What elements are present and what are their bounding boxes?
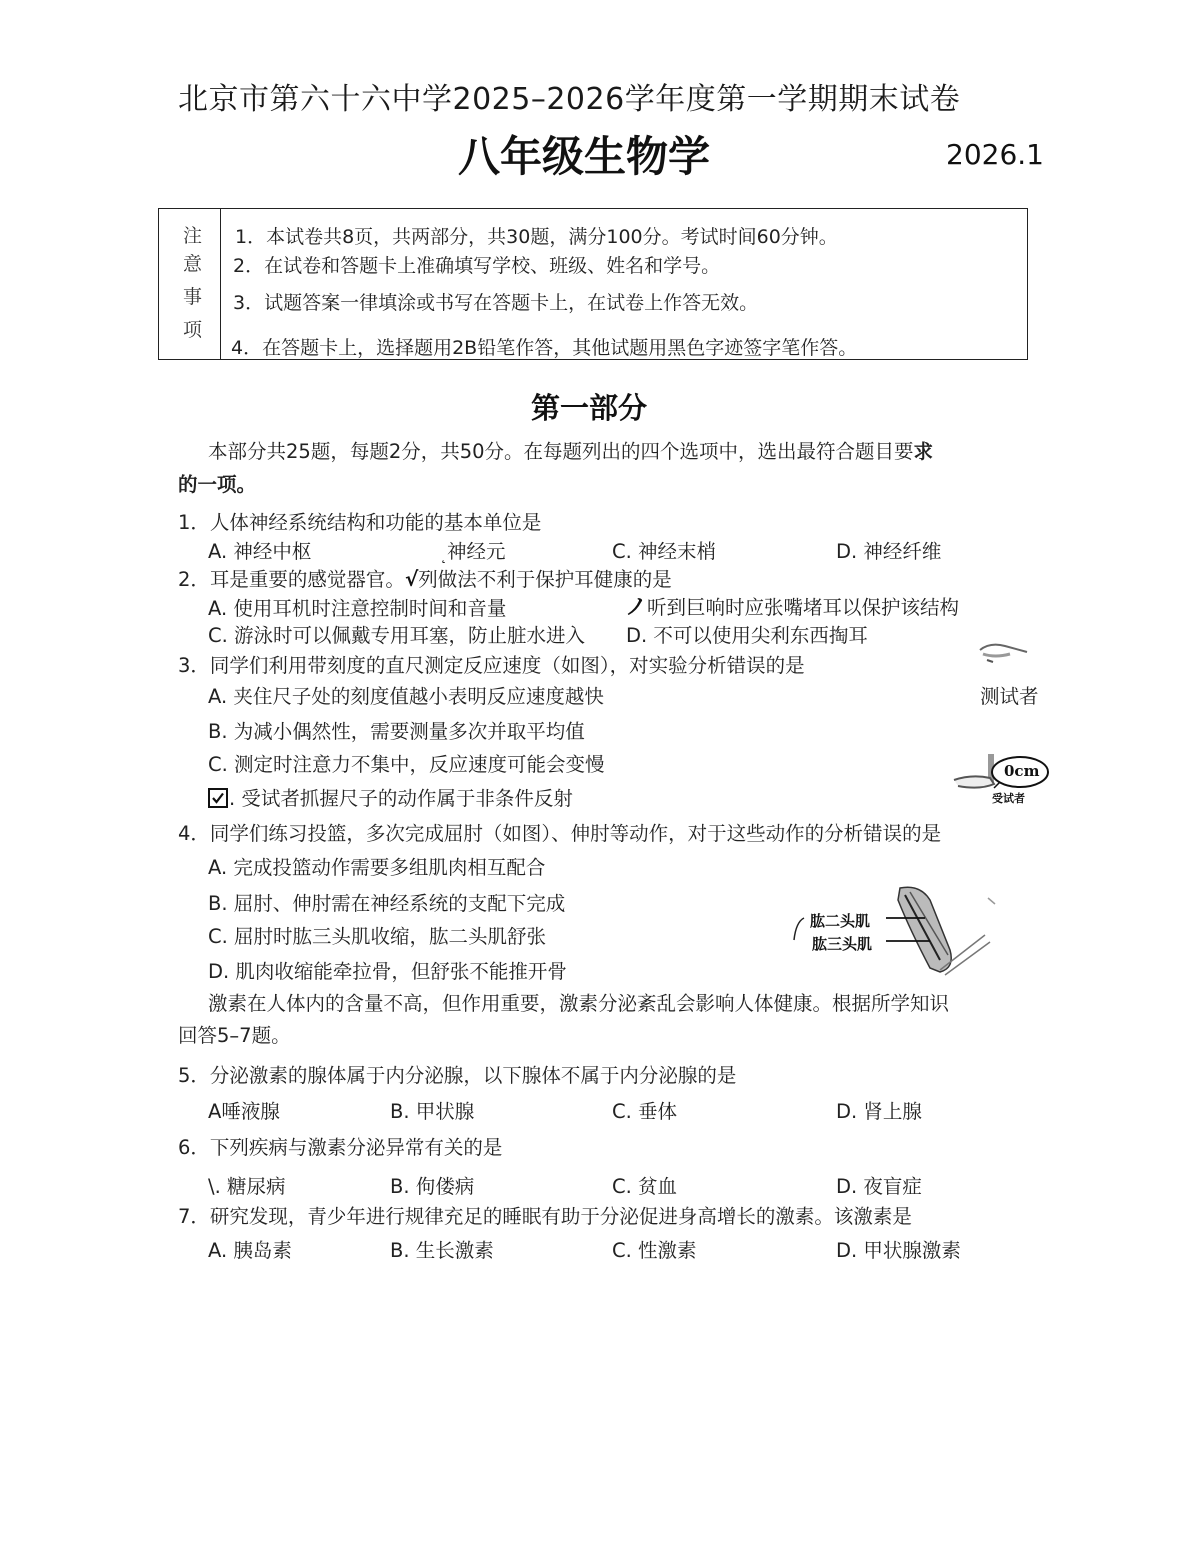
question-6-option-c: C. 贫血 [612, 1171, 677, 1199]
question-1-option-d: D. 神经纤维 [836, 536, 941, 564]
question-3-option-b: B. 为减小偶然性，需要测量多次并取平均值 [208, 716, 585, 744]
checkbox-checked-icon [208, 788, 228, 808]
section-intro-bold: 求 [914, 440, 934, 463]
notice-item-2: 2．在试卷和答题卡上准确填写学校、班级、姓名和学号。 [233, 251, 720, 278]
question-3-option-c: C. 测定时注意力不集中，反应速度可能会变慢 [208, 749, 605, 777]
question-number: 6． [178, 1136, 210, 1159]
notice-label-char: 事 [183, 282, 202, 309]
notice-label: 注 意 事 项 [159, 209, 221, 359]
section-intro-line2: 的一项。 [178, 469, 256, 497]
question-6-option-a: \. 糖尿病 [208, 1171, 285, 1199]
question-stem: 下列疾病与激素分泌异常有关的是 [210, 1136, 503, 1159]
question-number: 3． [178, 654, 210, 677]
question-2-option-b: ノ听到巨响时应张嘴堵耳以保护该结构 [625, 590, 959, 621]
question-number: 2． [178, 568, 210, 591]
question-5-option-a: A唾液腺 [208, 1096, 280, 1124]
question-stem: 研究发现，青少年进行规律充足的睡眠有助于分泌促进身高增长的激素。该激素是 [210, 1205, 912, 1228]
question-stem: 分泌激素的腺体属于内分泌腺，以下腺体不属于内分泌腺的是 [210, 1064, 737, 1087]
subject-hand-ruler-figure: 0cm 受试者 [952, 752, 1052, 807]
question-2-option-d: D. 不可以使用尖利东西掏耳 [626, 620, 868, 648]
tester-hand-figure [975, 640, 1035, 665]
question-7: 7．研究发现，青少年进行规律充足的睡眠有助于分泌促进身高增长的激素。该激素是 [178, 1201, 912, 1229]
handwritten-check-icon: √ [405, 567, 418, 591]
question-5-option-d: D. 肾上腺 [836, 1096, 922, 1124]
handwritten-mark-icon: ˛ [440, 548, 447, 564]
question-6: 6．下列疾病与激素分泌异常有关的是 [178, 1132, 502, 1160]
notice-box: 注 意 事 项 1．本试卷共8页，共两部分，共30题，满分100分。考试时间60… [158, 208, 1028, 360]
notice-label-char: 项 [183, 315, 202, 342]
question-5-option-b: B. 甲状腺 [390, 1096, 474, 1124]
question-number: 5． [178, 1064, 210, 1087]
section-title: 第一部分 [531, 386, 647, 427]
label-triceps: 肱三头肌 [812, 933, 872, 954]
notice-label-char: 意 [183, 249, 202, 276]
ruler-zero-label: 0cm [1004, 762, 1039, 780]
option-text: . 受试者抓握尺子的动作属于非条件反射 [229, 787, 573, 810]
question-4-option-c: C. 屈肘时肱三头肌收缩，肱二头肌舒张 [208, 921, 546, 949]
figure-label-subject: 受试者 [992, 790, 1025, 806]
question-stem-part1: 耳是重要的感觉器官。 [210, 568, 405, 591]
option-text: 神经元 [447, 540, 506, 563]
question-stem: 同学们练习投篮，多次完成屈肘（如图）、伸肘等动作，对于这些动作的分析错误的是 [210, 822, 941, 845]
question-5-option-c: C. 垂体 [612, 1096, 677, 1124]
question-4-option-a: A. 完成投篮动作需要多组肌肉相互配合 [208, 852, 545, 880]
question-number: 1． [178, 511, 210, 534]
handwritten-hook-icon: ノ [625, 595, 647, 620]
notice-item-3: 3．试题答案一律填涂或书写在答题卡上，在试卷上作答无效。 [233, 288, 758, 315]
question-3: 3．同学们利用带刻度的直尺测定反应速度（如图），对实验分析错误的是 [178, 650, 805, 678]
arm-muscle-figure: 肱二头肌 肱三头肌 [790, 880, 1010, 980]
figure-label-tester: 测试者 [980, 681, 1039, 709]
question-7-option-a: A. 胰岛素 [208, 1235, 292, 1263]
exam-school-title: 北京市第六十六中学2025–2026学年度第一学期期末试卷 [178, 74, 960, 118]
question-1: 1．人体神经系统结构和功能的基本单位是 [178, 507, 541, 535]
passage-line2: 回答5–7题。 [178, 1020, 291, 1048]
question-7-option-d: D. 甲状腺激素 [836, 1235, 961, 1263]
question-4: 4．同学们练习投篮，多次完成屈肘（如图）、伸肘等动作，对于这些动作的分析错误的是 [178, 818, 941, 846]
exam-date: 2026.1 [946, 138, 1044, 171]
notice-item-4: 4．在答题卡上，选择题用2B铅笔作答，其他试题用黑色字迹签字笔作答。 [231, 333, 857, 360]
section-intro-line1: 本部分共25题，每题2分，共50分。在每题列出的四个选项中，选出最符合题目要求 [208, 436, 933, 464]
question-3-option-d: . 受试者抓握尺子的动作属于非条件反射 [208, 783, 573, 811]
question-7-option-c: C. 性激素 [612, 1235, 697, 1263]
notice-label-char: 注 [183, 221, 202, 248]
question-1-option-b: ˛神经元 [440, 536, 506, 564]
question-1-option-a: A. 神经中枢 [208, 536, 311, 564]
notice-item-1: 1．本试卷共8页，共两部分，共30题，满分100分。考试时间60分钟。 [235, 222, 838, 249]
question-stem: 人体神经系统结构和功能的基本单位是 [210, 511, 542, 534]
option-text: 听到巨响时应张嘴堵耳以保护该结构 [647, 596, 959, 619]
question-2: 2．耳是重要的感觉器官。√列做法不利于保护耳健康的是 [178, 564, 672, 592]
question-2-option-a: A. 使用耳机时注意控制时间和音量 [208, 593, 506, 621]
question-6-option-d: D. 夜盲症 [836, 1171, 922, 1199]
question-3-option-a: A. 夹住尺子处的刻度值越小表明反应速度越快 [208, 681, 604, 709]
exam-subject-title: 八年级生物学 [458, 124, 710, 184]
question-stem-part2: 列做法不利于保护耳健康的是 [418, 568, 672, 591]
question-4-option-b: B. 屈肘、伸肘需在神经系统的支配下完成 [208, 888, 565, 916]
question-7-option-b: B. 生长激素 [390, 1235, 494, 1263]
question-number: 7． [178, 1205, 210, 1228]
question-5: 5．分泌激素的腺体属于内分泌腺，以下腺体不属于内分泌腺的是 [178, 1060, 736, 1088]
question-number: 4． [178, 822, 210, 845]
passage-line1: 激素在人体内的含量不高，但作用重要，激素分泌紊乱会影响人体健康。根据所学知识 [208, 988, 949, 1016]
question-1-option-c: C. 神经末梢 [612, 536, 716, 564]
question-4-option-d: D. 肌肉收缩能牵拉骨，但舒张不能推开骨 [208, 956, 567, 984]
label-biceps: 肱二头肌 [810, 910, 870, 931]
section-intro-text: 本部分共25题，每题2分，共50分。在每题列出的四个选项中，选出最符合题目要 [208, 440, 914, 463]
question-stem: 同学们利用带刻度的直尺测定反应速度（如图），对实验分析错误的是 [210, 654, 805, 677]
question-2-option-c: C. 游泳时可以佩戴专用耳塞，防止脏水进入 [208, 620, 585, 648]
question-6-option-b: B. 佝偻病 [390, 1171, 474, 1199]
